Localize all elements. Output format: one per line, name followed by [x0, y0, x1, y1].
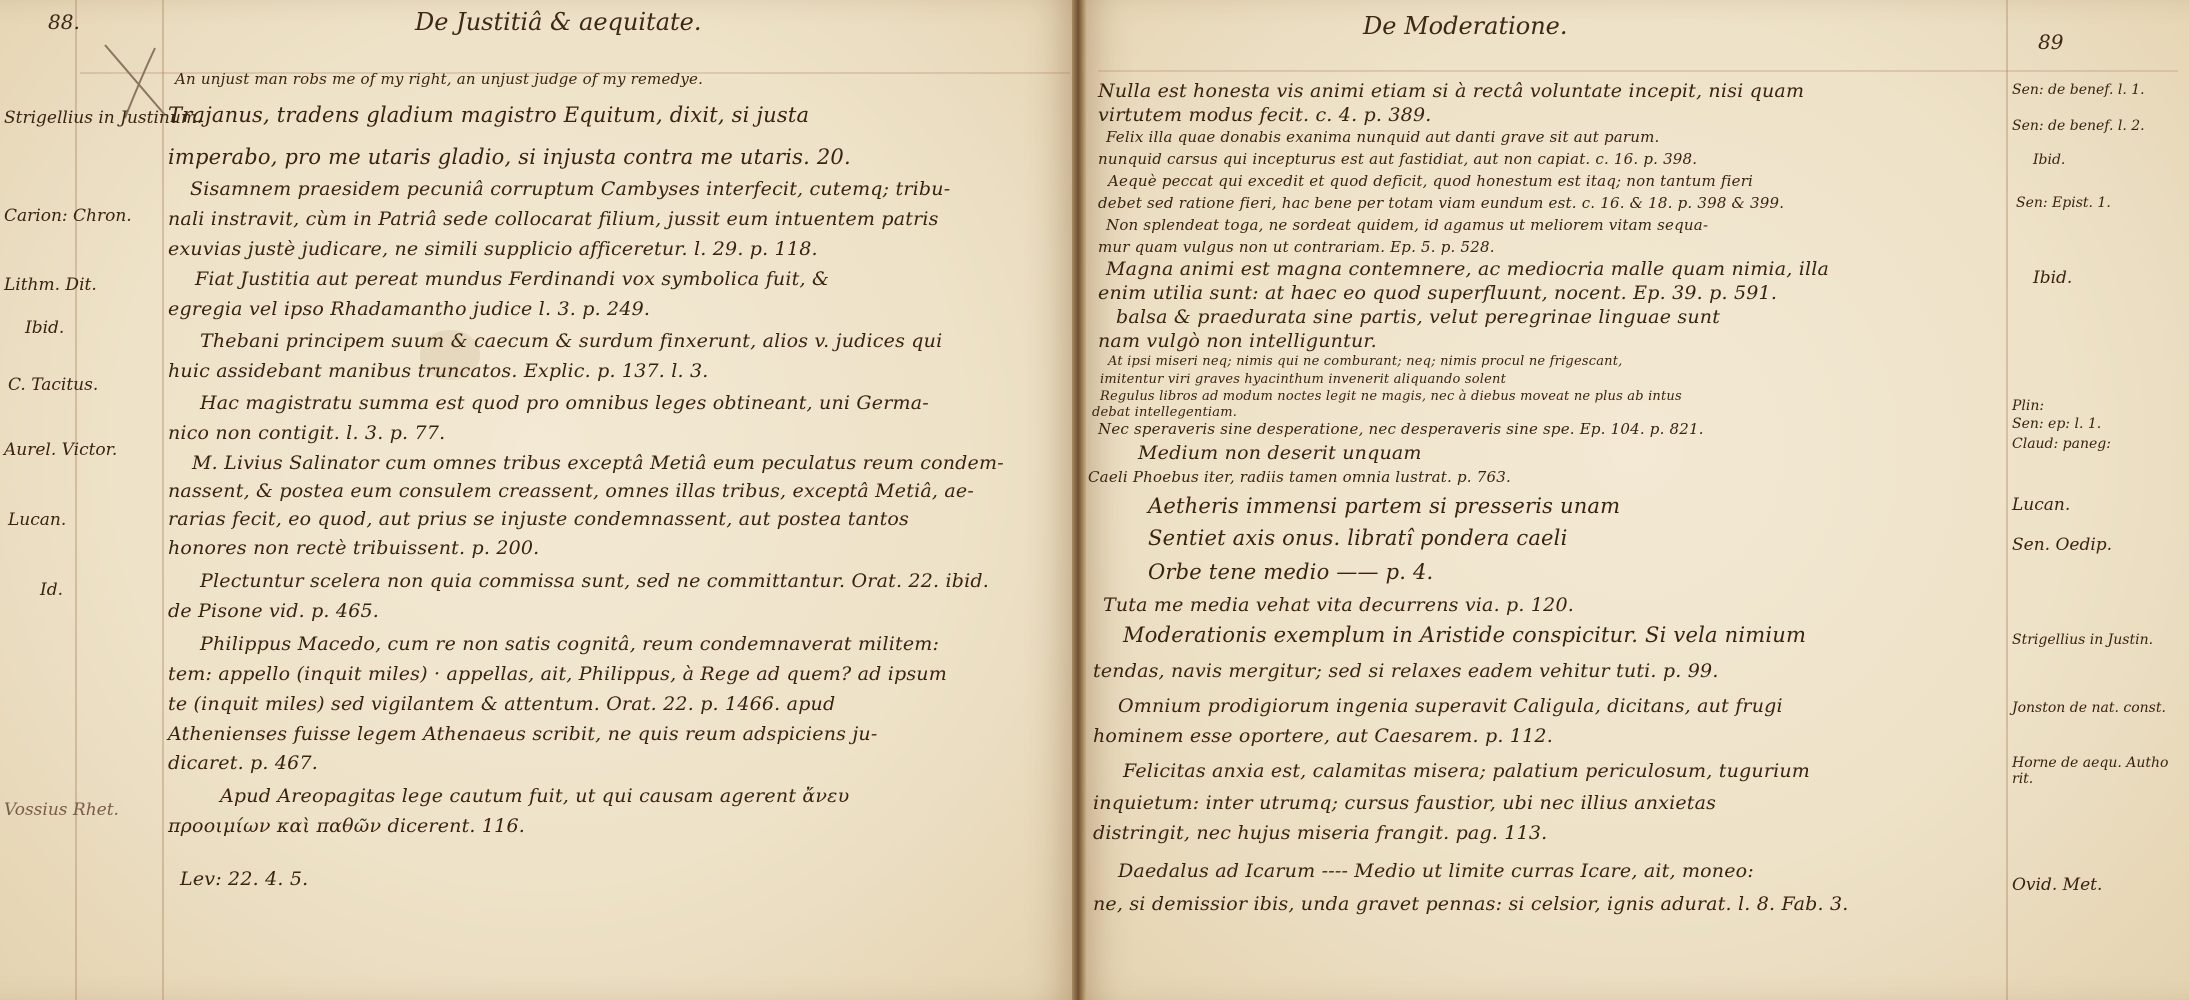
text-line: Sentiet axis onus. libratî pondera caeli	[1148, 526, 1568, 550]
text-line: exuvias justè judicare, ne simili suppli…	[168, 238, 818, 260]
margin-note: Lucan.	[8, 510, 66, 530]
text-line: Hac magistratu summa est quod pro omnibu…	[200, 392, 929, 414]
text-line: Tuta me media vehat vita decurrens via. …	[1103, 594, 1574, 616]
margin-note: Sen: Epist. 1.	[2016, 195, 2111, 211]
text-line: balsa & praedurata sine partis, velut pe…	[1116, 306, 1720, 328]
right-page: De Moderatione. 89 Nulla est honesta vis…	[1078, 0, 2189, 1000]
text-line: Fiat Justitia aut pereat mundus Ferdinan…	[195, 268, 829, 290]
margin-note: Strigellius in Justinum.	[4, 108, 202, 128]
text-line: Apud Areopagitas lege cautum fuit, ut qu…	[220, 785, 849, 807]
text-line: Omnium prodigiorum ingenia superavit Cal…	[1118, 695, 1783, 717]
text-line: nico non contigit. l. 3. p. 77.	[168, 422, 445, 444]
text-line: At ipsi miseri neq; nimis qui ne combura…	[1108, 354, 1622, 369]
text-line: Regulus libros ad modum noctes legit ne …	[1100, 389, 1682, 404]
margin-note: Vossius Rhet.	[4, 800, 119, 820]
margin-note: Ibid.	[25, 318, 64, 338]
head-rule	[1098, 70, 2178, 72]
margin-note: Ibid.	[2033, 152, 2065, 168]
text-line: Caeli Phoebus iter, radiis tamen omnia l…	[1088, 468, 1511, 486]
text-line: Felicitas anxia est, calamitas misera; p…	[1123, 760, 1810, 782]
text-line: Sisamnem praesidem pecuniâ corruptum Cam…	[190, 178, 950, 200]
text-line: nunquid carsus qui incepturus est aut fa…	[1098, 150, 1697, 168]
text-line: imperabo, pro me utaris gladio, si injus…	[168, 145, 851, 169]
margin-note: Id.	[40, 580, 63, 600]
text-line: nali instravit, cùm in Patriâ sede collo…	[168, 208, 939, 230]
text-line: nam vulgò non intelliguntur.	[1098, 330, 1377, 352]
margin-note: C. Tacitus.	[8, 375, 98, 395]
margin-note: Sen. Oedip.	[2012, 535, 2112, 555]
margin-rule	[75, 0, 77, 1000]
text-line: inquietum: inter utrumq; cursus faustior…	[1093, 792, 1716, 814]
text-line: Aequè peccat qui excedit et quod deficit…	[1108, 172, 1753, 190]
margin-note: Sen: ep: l. 1.	[2012, 416, 2101, 432]
text-line: Aetheris immensi partem si presseris una…	[1148, 494, 1620, 518]
text-line: Nulla est honesta vis animi etiam si à r…	[1098, 80, 1804, 102]
text-line: nassent, & postea eum consulem creassent…	[168, 480, 974, 502]
text-line: An unjust man robs me of my right, an un…	[175, 70, 703, 88]
text-line: honores non rectè tribuissent. p. 200.	[168, 537, 539, 559]
text-line: Magna animi est magna contemnere, ac med…	[1106, 258, 1829, 280]
text-line: distringit, nec hujus miseria frangit. p…	[1093, 822, 1547, 844]
text-line: ne, si demissior ibis, unda gravet penna…	[1093, 893, 1849, 915]
margin-note: Plin:	[2012, 398, 2044, 414]
text-line: rarias fecit, eo quod, aut prius se inju…	[168, 508, 909, 530]
text-line: de Pisone vid. p. 465.	[168, 600, 379, 622]
margin-rule	[162, 0, 164, 1000]
text-line: Nec speraveris sine desperatione, nec de…	[1098, 420, 1704, 438]
margin-note: Sen: de benef. l. 2.	[2012, 118, 2145, 134]
margin-note: Jonston de nat. const.	[2012, 700, 2182, 716]
page-heading: De Moderatione.	[1363, 12, 1568, 40]
folio-number: 89	[2038, 30, 2063, 54]
margin-note: Strigellius in Justin.	[2012, 632, 2182, 648]
book-gutter	[1072, 0, 1086, 1000]
text-line: Orbe tene medio —— p. 4.	[1148, 560, 1433, 584]
text-line: hominem esse oportere, aut Caesarem. p. …	[1093, 725, 1553, 747]
folio-number: 88.	[48, 10, 80, 34]
text-line: huic assidebant manibus truncatos. Expli…	[168, 360, 709, 382]
text-line: Athenienses fuisse legem Athenaeus scrib…	[168, 723, 877, 745]
text-line: Philippus Macedo, cum re non satis cogni…	[200, 633, 939, 655]
text-line: dicaret. p. 467.	[168, 752, 318, 774]
text-line: Non splendeat toga, ne sordeat quidem, i…	[1106, 216, 1708, 234]
text-line: Daedalus ad Icarum ---- Medio ut limite …	[1118, 860, 1754, 882]
text-line: Moderationis exemplum in Aristide conspi…	[1123, 623, 1806, 647]
page-heading: De Justitiâ & aequitate.	[415, 8, 701, 36]
text-line: imitentur viri graves hyacinthum invener…	[1100, 372, 1506, 387]
margin-note: Ibid.	[2033, 268, 2072, 288]
text-line: tendas, navis mergitur; sed si relaxes e…	[1093, 660, 1719, 682]
margin-note: Claud: paneg:	[2012, 436, 2111, 452]
text-line: debet sed ratione fieri, hac bene per to…	[1098, 194, 1784, 212]
text-line: Medium non deserit unquam	[1138, 442, 1422, 464]
margin-note: Carion: Chron.	[4, 206, 132, 226]
text-line: enim utilia sunt: at haec eo quod superf…	[1098, 282, 1777, 304]
text-line: Lev: 22. 4. 5.	[180, 868, 308, 890]
text-line: Trajanus, tradens gladium magistro Equit…	[168, 103, 809, 127]
margin-note: Lithm. Dit.	[4, 275, 97, 295]
text-line: tem: appello (inquit miles) · appellas, …	[168, 663, 947, 685]
margin-note: Lucan.	[2012, 495, 2070, 515]
text-line: Thebani principem suum & caecum & surdum…	[200, 330, 942, 352]
text-line: virtutem modus fecit. c. 4. p. 389.	[1098, 104, 1432, 126]
text-line: debat intellegentiam.	[1092, 405, 1237, 420]
text-line: mur quam vulgus non ut contrariam. Ep. 5…	[1098, 238, 1495, 256]
text-line: προοιμίων καὶ παθῶν dicerent. 116.	[168, 815, 525, 837]
text-line: M. Livius Salinator cum omnes tribus exc…	[192, 452, 1004, 474]
margin-note: Aurel. Victor.	[4, 440, 117, 460]
text-line: egregia vel ipso Rhadamantho judice l. 3…	[168, 298, 650, 320]
margin-note: Sen: de benef. l. 1.	[2012, 82, 2145, 98]
text-line: Felix illa quae donabis exanima nunquid …	[1106, 128, 1660, 146]
margin-note: Horne de aequ. Autho rit.	[2012, 755, 2182, 787]
margin-note: Ovid. Met.	[2012, 875, 2102, 895]
text-line: Plectuntur scelera non quia commissa sun…	[200, 570, 989, 592]
margin-rule	[2006, 0, 2008, 1000]
text-line: te (inquit miles) sed vigilantem & atten…	[168, 693, 835, 715]
manuscript-spread: 88. De Justitiâ & aequitate. An unjust m…	[0, 0, 2189, 1000]
left-page: 88. De Justitiâ & aequitate. An unjust m…	[0, 0, 1078, 1000]
